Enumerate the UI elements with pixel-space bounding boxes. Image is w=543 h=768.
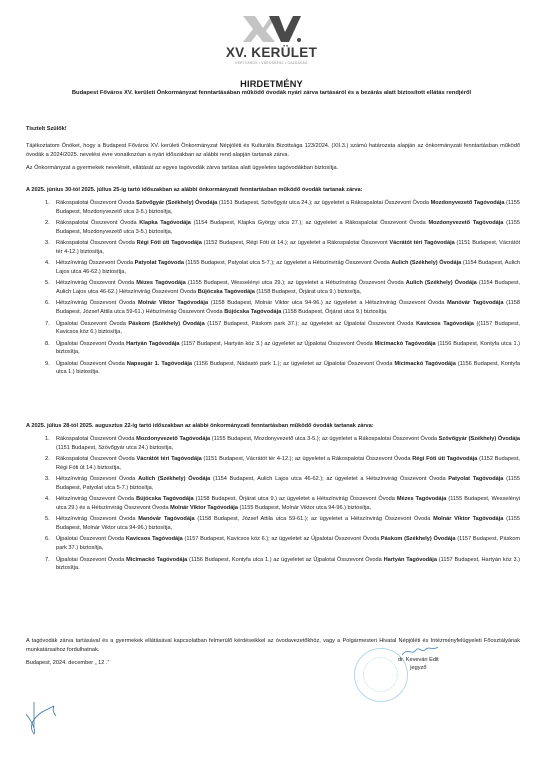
list-item-number: 2.: [45, 455, 50, 464]
list-item-text: Hétszínvirág Összevont Óvoda Aulich (Szé…: [56, 476, 520, 491]
list-item: 4.Hétszínvirág Összevont Óvoda Patyolat …: [56, 259, 520, 276]
document-title: HIRDETMÉNY: [0, 79, 543, 89]
list-item-number: 4.: [45, 259, 50, 268]
list-item: 2.Rákospalotai Összevont Óvoda Klapka Ta…: [56, 219, 520, 236]
list-item-text: Hétszínvirág Összevont Óvoda Patyolat Ta…: [56, 260, 520, 275]
list-item-number: 6.: [45, 299, 50, 308]
list-item-number: 3.: [45, 239, 50, 248]
section-2-heading: A 2025. július 28-tól 2025. augusztus 22…: [26, 422, 520, 431]
list-item: 1.Rákospalotai Összevont Óvoda Mozdonyve…: [56, 435, 520, 452]
section-1-heading: A 2025. június 30-tól 2025. július 25-ig…: [26, 186, 520, 195]
intro-paragraph: Tájékoztatom Önöket, hogy a Budapest Főv…: [26, 142, 520, 159]
list-item-number: 1.: [45, 435, 50, 444]
list-item: 5.Hétszínvirág Összevont Óvoda Manóvár T…: [56, 515, 520, 532]
list-item-text: Rákospalotai Összevont Óvoda Vácrátót té…: [56, 456, 520, 471]
list-item-number: 7.: [45, 556, 50, 565]
signer-name: dr. Kevevári Edit: [398, 656, 439, 664]
list-item-number: 8.: [45, 340, 50, 349]
list-item-text: Újpalotai Összevont Óvoda Napsugár 1. Ta…: [56, 361, 520, 376]
list-item-text: Rákospalotai Összevont Óvoda Mozdonyveze…: [56, 436, 520, 451]
list-item: 4.Hétszínvirág Összevont Óvoda Bújócska …: [56, 495, 520, 512]
xv-logo-icon: [241, 14, 303, 44]
list-item: 3.Hétszínvirág Összevont Óvoda Aulich (S…: [56, 475, 520, 492]
list-item-text: Hétszínvirág Összevont Óvoda Molnár Vikt…: [56, 300, 520, 315]
list-item-text: Újpalotai Összevont Óvoda Páskom (Székhe…: [56, 321, 520, 336]
document-subtitle: Budapest Főváros XV. kerületi Önkormányz…: [40, 89, 503, 97]
list-item: 7.Újpalotai Összevont Óvoda Páskom (Szék…: [56, 320, 520, 337]
signer-block: dr. Kevevári Edit jegyző: [398, 656, 439, 672]
list-item: 6.Újpalotai Összevont Óvoda Kavicsos Tag…: [56, 535, 520, 552]
district-logo: XV. KERÜLET KERTVÁROS • VÁROSRÉSZ • GAZD…: [0, 14, 543, 65]
section-2-list: 1.Rákospalotai Összevont Óvoda Mozdonyve…: [56, 435, 520, 576]
list-item-number: 3.: [45, 475, 50, 484]
list-item-number: 2.: [45, 219, 50, 228]
list-item-number: 5.: [45, 515, 50, 524]
list-item-text: Hétszínvirág Összevont Óvoda Manóvár Tag…: [56, 516, 520, 531]
list-item-text: Rákospalotai Összevont Óvoda Szövőgyár (…: [56, 200, 520, 215]
list-item: 2.Rákospalotai Összevont Óvoda Vácrátót …: [56, 455, 520, 472]
list-item-number: 5.: [45, 279, 50, 288]
logo-tagline: KERTVÁROS • VÁROSRÉSZ • GAZDASÁG: [0, 61, 543, 65]
initials-icon: [22, 700, 58, 736]
list-item-text: Rákospalotai Összevont Óvoda Régi Fóti ú…: [56, 240, 520, 255]
list-item-number: 4.: [45, 495, 50, 504]
list-item: 9.Újpalotai Összevont Óvoda Napsugár 1. …: [56, 360, 520, 377]
document-date: Budapest, 2024. december „ 12 .”: [26, 659, 520, 668]
list-item-text: Hétszínvirág Összevont Óvoda Bújócska Ta…: [56, 496, 520, 511]
list-item-number: 7.: [45, 320, 50, 329]
list-item: 3.Rákospalotai Összevont Óvoda Régi Fóti…: [56, 239, 520, 256]
list-item: 5.Hétszínvirág Összevont Óvoda Mézes Tag…: [56, 279, 520, 296]
list-item-number: 9.: [45, 360, 50, 369]
section-1-list: 1.Rákospalotai Összevont Óvoda Szövőgyár…: [56, 199, 520, 380]
list-item-text: Rákospalotai Összevont Óvoda Klapka Tagó…: [56, 220, 520, 235]
list-item-text: Újpalotai Összevont Óvoda Micimackó Tagó…: [56, 557, 520, 572]
list-item-number: 6.: [45, 535, 50, 544]
list-item-text: Újpalotai Összevont Óvoda Kavicsos Tagóv…: [56, 536, 520, 551]
list-item-text: Újpalotai Összevont Óvoda Hartyán Tagóvo…: [56, 341, 520, 356]
logo-name: XV. KERÜLET: [0, 45, 543, 60]
list-item: 1.Rákospalotai Összevont Óvoda Szövőgyár…: [56, 199, 520, 216]
list-item-number: 1.: [45, 199, 50, 208]
greeting: Tisztelt Szülők!: [26, 125, 520, 134]
list-item-text: Hétszínvirág Összevont Óvoda Mézes Tagóv…: [56, 280, 520, 295]
note-paragraph: Az Önkormányzat a gyermekek nevelését, e…: [26, 164, 520, 173]
list-item: 8.Újpalotai Összevont Óvoda Hartyán Tagó…: [56, 340, 520, 357]
list-item: 6.Hétszínvirág Összevont Óvoda Molnár Vi…: [56, 299, 520, 316]
closing-paragraph: A tagóvodák zárva tartásával és a gyerme…: [26, 637, 520, 654]
list-item: 7.Újpalotai Összevont Óvoda Micimackó Ta…: [56, 556, 520, 573]
signer-role: jegyző: [398, 664, 439, 672]
